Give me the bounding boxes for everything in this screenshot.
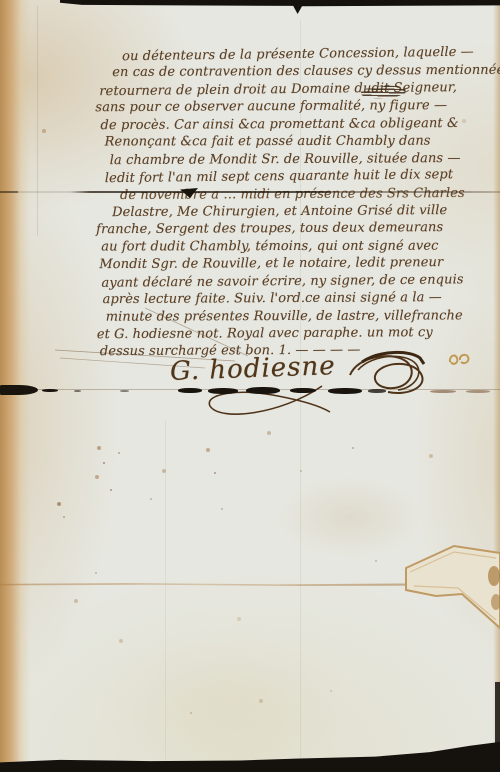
text-line: Renonçant &ca fait et passé audit Chambl…	[96, 133, 488, 151]
scan-background-right	[495, 682, 500, 772]
fold-crease-middle-marks	[0, 383, 500, 395]
foxing-specks	[0, 0, 2, 2]
text-line: au fort dudit Chambly, témoins, qui ont …	[96, 237, 488, 255]
text-line: ayant déclaré ne savoir écrire, ny signe…	[96, 271, 488, 292]
text-line: franche, Sergent des troupes, tous deux …	[96, 219, 488, 239]
fold-crease-strikethrough	[0, 191, 500, 193]
stain-patch	[388, 538, 500, 638]
vertical-crease-left	[37, 6, 38, 236]
vertical-crease-lower	[165, 420, 166, 760]
scan-background-top	[60, 0, 500, 14]
manuscript-page: ou détenteurs de la présente Concession,…	[0, 0, 500, 772]
text-line: de procès. Car ainsi &ca promettant &ca …	[95, 115, 487, 135]
ochre-mark	[447, 350, 473, 370]
text-line: sans pour ce observer aucune formalité, …	[95, 97, 487, 117]
scan-background-bottom	[0, 740, 500, 772]
